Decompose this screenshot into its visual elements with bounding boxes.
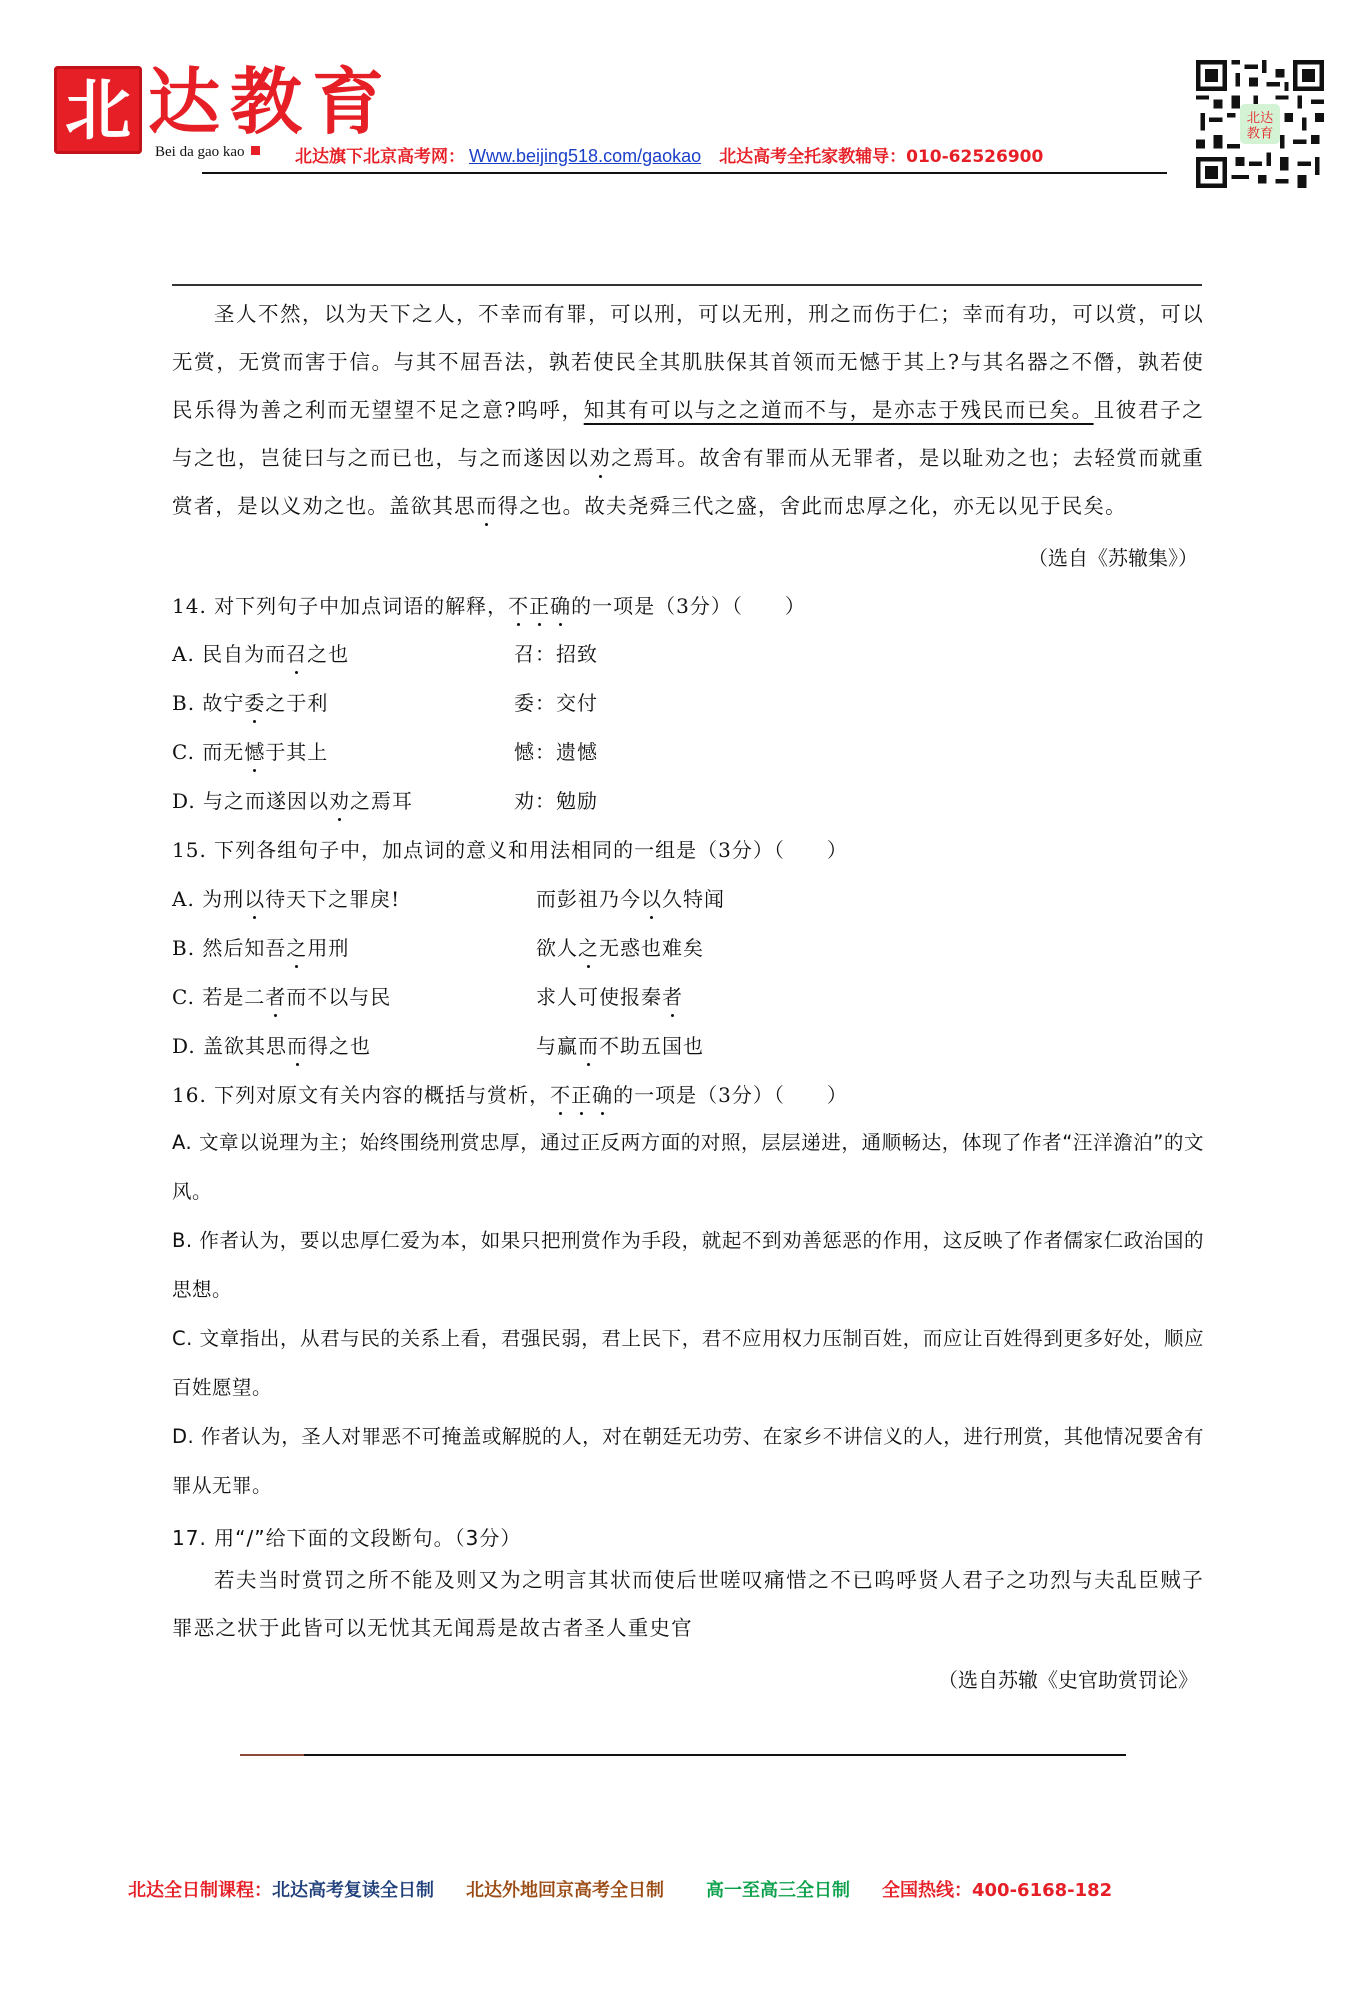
q15-option-c-right: 求人可使报秦者 — [536, 981, 683, 1010]
brand-pinyin: Bei da gao kao — [155, 144, 260, 161]
q14-gloss-c: 憾：遗憾 — [514, 736, 598, 765]
q15-option-b-left: B. 然后知吾之用刑 — [172, 932, 349, 961]
classical-passage: 圣人不然，以为天下之人，不幸而有罪，可以刑，可以无刑，刑之而伤于仁；幸而有功，可… — [172, 290, 1204, 530]
question-17-stem: 17. 用“/”给下面的文段断句。（3分） — [172, 1522, 521, 1551]
footer-divider-accent — [240, 1754, 304, 1756]
q15-option-b-right: 欲人之无惑也难矣 — [536, 932, 704, 961]
logo-char: 北 — [54, 66, 142, 154]
q14-option-a: A. 民自为而召之也 — [172, 638, 349, 667]
passage-source: （选自《苏辙集》） — [1028, 542, 1198, 571]
q14-gloss-a: 召：招致 — [514, 638, 598, 667]
qr-code-icon: 北达 教育 — [1196, 60, 1324, 188]
emphasis-dot-char: 劝 — [589, 446, 611, 470]
q14-gloss-b: 委：交付 — [514, 687, 598, 716]
q14-gloss-d: 劝：勉励 — [514, 785, 598, 814]
footer-course-1: 北达高考复读全日制 — [272, 1880, 434, 1901]
content-divider — [172, 284, 1202, 286]
q14-option-b: B. 故宁委之于利 — [172, 687, 328, 716]
header-divider — [202, 172, 1167, 174]
q16-option-b: B. 作者认为，要以忠厚仁爱为本，如果只把刑赏作为手段，就起不到劝善惩恶的作用，… — [172, 1216, 1204, 1314]
footer-hotline: 全国热线：400-6168-182 — [882, 1880, 1112, 1901]
q15-option-a-right: 而彭祖乃今以久特闻 — [536, 883, 725, 912]
tutor-hotline: 北达高考全托家教辅导：010-62526900 — [719, 147, 1043, 167]
footer-divider — [240, 1754, 1126, 1756]
emphasis-dot-char: 而 — [476, 494, 498, 518]
q15-option-d-right: 与赢而不助五国也 — [536, 1030, 704, 1059]
q15-option-d-left: D. 盖欲其思而得之也 — [172, 1030, 371, 1059]
q15-option-a-left: A. 为刑以待天下之罪戾! — [172, 883, 400, 912]
q16-option-c: C. 文章指出，从君与民的关系上看，君强民弱，君上民下，君不应用权力压制百姓，而… — [172, 1314, 1204, 1412]
svg-text:北达: 北达 — [1247, 109, 1274, 126]
footer-course-2: 北达外地回京高考全日制 — [466, 1880, 664, 1901]
underlined-sentence: 知其有可以与之之道而不与，是亦志于残民而已矣。 — [584, 398, 1094, 422]
question-14-stem: 14. 对下列句子中加点词语的解释，不正确的一项是（3分）（ ） — [172, 590, 806, 619]
footer-course-3: 高一至高三全日制 — [706, 1880, 850, 1901]
q14-option-d: D. 与之而遂因以劝之焉耳 — [172, 785, 413, 814]
q14-option-c: C. 而无憾于其上 — [172, 736, 328, 765]
site-label: 北达旗下北京高考网： — [295, 147, 465, 167]
logo-badge: 北 — [54, 66, 142, 154]
logo-text: 达教育 — [148, 62, 394, 142]
svg-text:教育: 教育 — [1247, 125, 1273, 142]
site-link[interactable]: Www.beijing518.com/gaokao — [469, 146, 701, 166]
square-bullet-icon — [251, 146, 260, 155]
q16-option-d: D. 作者认为，圣人对罪恶不可掩盖或解脱的人，对在朝廷无功劳、在家乡不讲信义的人… — [172, 1412, 1204, 1510]
footer-label: 北达全日制课程： — [128, 1880, 272, 1901]
header-info-line: 北达旗下北京高考网：Www.beijing518.com/gaokao北达高考全… — [295, 142, 1043, 167]
q17-source: （选自苏辙《史官助赏罚论》 — [938, 1664, 1198, 1693]
q15-option-c-left: C. 若是二者而不以与民 — [172, 981, 391, 1010]
footer-bar: 北达全日制课程：北达高考复读全日制北达外地回京高考全日制高一至高三全日制全国热线… — [128, 1876, 1144, 1902]
question-15-stem: 15. 下列各组句子中，加点词的意义和用法相同的一组是（3分）（ ） — [172, 834, 848, 863]
question-16-stem: 16. 下列对原文有关内容的概括与赏析，不正确的一项是（3分）（ ） — [172, 1079, 848, 1108]
q16-option-a: A. 文章以说理为主；始终围绕刑赏忠厚，通过正反两方面的对照，层层递进，通顺畅达… — [172, 1118, 1204, 1216]
q17-passage: 若夫当时赏罚之所不能及则又为之明言其状而使后世嗟叹痛惜之不已呜呼贤人君子之功烈与… — [172, 1556, 1204, 1652]
